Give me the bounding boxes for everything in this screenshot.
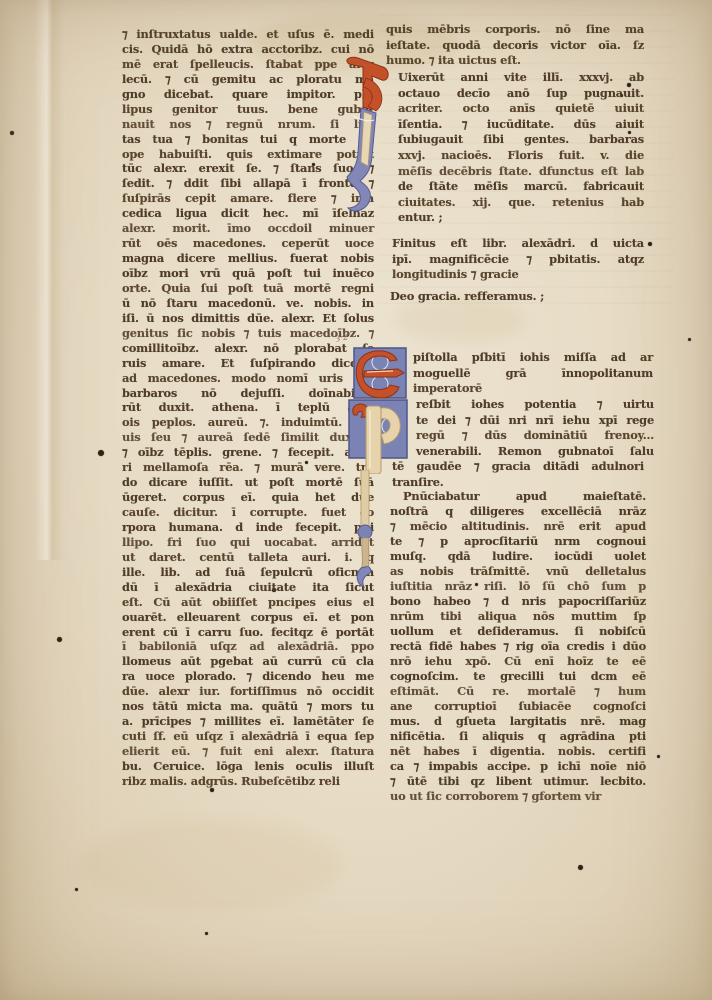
initial-v-artwork xyxy=(341,56,395,216)
text-line: orte. Quia ſui poſt tuā mortē regni xyxy=(122,281,374,296)
text-line: piſtolla pſbitī iohis miſſa ad ar xyxy=(413,350,653,366)
text-line: cauſe. dicitur. ī corrupte. fuet co xyxy=(122,505,374,520)
text-line: ⁊ oībz tēplis. grene. ⁊ fecepit. affer xyxy=(122,445,374,460)
text-line: nrō iehu xpō. Cū enī hoīz te eē xyxy=(390,654,646,669)
text-line: rectā fidē habes ⁊ rig oīa credis i dūo xyxy=(390,639,646,654)
paragraph-colophon: Finitus eſt libr. alexādri. d uictaipī. … xyxy=(392,236,644,283)
text-line: rpora humana. d inde fecepit. phi xyxy=(122,520,374,535)
text-line: a. prīcipes ⁊ millites eī. lamētāter ſe xyxy=(122,714,374,729)
illuminated-initial-v xyxy=(341,56,395,216)
paragraph-salutation: tē gaudēe ⁊ gracia ditādi adulnoritranſi… xyxy=(392,459,644,490)
text-line: īſentia. ⁊ iucūditate. dūs aiuit xyxy=(398,117,644,133)
text-line: tas tua ⁊ bonitas tui q morte im xyxy=(122,132,374,147)
text-line: lecū. ⁊ cū gemitu ac ploratu ma xyxy=(122,72,374,87)
paragraph-vixerunt: Uixerūt anni vite illī. xxxvj. aboctauo … xyxy=(398,70,644,226)
text-line: ouarēt. elleuarent corpus eī. et pon xyxy=(122,610,374,625)
text-line: ille. lib. ad ſuā ſepulcrū oficnen xyxy=(122,565,374,580)
text-line: iuſtitia nrāz riſi. lō ſū chō ſum p xyxy=(390,579,646,594)
text-line: tranſire. xyxy=(392,475,644,491)
ink-spot xyxy=(98,450,104,456)
text-line: te ⁊ p aprocſitariū nrm cognoui xyxy=(390,534,646,549)
text-line: cis. Quidā hō extra acctoribz. cui nō xyxy=(122,42,374,57)
text-line: rūt duxit. athena. ī teplū apol xyxy=(122,400,374,415)
text-line: dū ī alexādria ciuitate ita ſicut xyxy=(122,580,374,595)
paragraph-epistola-rubric: piſtolla pſbitī iohis miſſa ad armoguell… xyxy=(413,350,653,397)
parchment-crease xyxy=(34,0,64,560)
text-line: erent cū ī carru ſuo. fecitqz ē portāt xyxy=(122,625,374,640)
marginal-mark: ȝ·2 xyxy=(336,333,348,342)
text-line: alexr. morit. īmo occdoil minuer xyxy=(122,221,374,236)
text-line: quis mēbris corporis. nō ſine ma xyxy=(386,22,644,38)
text-line: mē erat ſpelleucis. ſtabat ppe alex xyxy=(122,57,374,72)
text-line: ciuitates. xij. que. retenius hab xyxy=(398,195,644,211)
text-line: nauit nos ⁊ regnū nrum. ſi ligi xyxy=(122,117,374,132)
text-line: llomeus aūt pgebat aū currū cū cla xyxy=(122,654,374,669)
text-line: ſubiugauit ſibi gentes. barbaras xyxy=(398,132,644,148)
text-line: bono habeo ⁊ d nris papocriſſariūz xyxy=(390,594,646,609)
text-line: ūgeret. corpus eī. quia het due xyxy=(122,490,374,505)
text-line: ruis amare. Et ſuſpirando dicebit xyxy=(122,356,374,371)
text-line: dūe. alexr iur. fortiſſimus nō occidit xyxy=(122,684,374,699)
text-line: gno dicebat. quare impitor. phi xyxy=(122,87,374,102)
text-line: iſi. ū nos dimittis dūe. alexr. Et ſolus xyxy=(122,311,374,326)
text-line: ad macedones. modo nomī uris ſup xyxy=(122,371,374,386)
text-line: cedica ligua dicit hec. mī īſelhaz xyxy=(122,206,374,221)
text-line: uollum et deſideramus. ſi nobiſcū xyxy=(390,624,646,639)
text-line: barbaros nō dejuſſi. doīnabitur xyxy=(122,386,374,401)
text-line: ū nō ſtaru macedonū. ve. nobis. in xyxy=(122,296,374,311)
text-line: regū ⁊ dūs dominātiū frenoy... xyxy=(416,428,654,444)
text-line: ipī. magnificēcie ⁊ pbitatis. atqz xyxy=(392,252,644,268)
text-line: elierit eū. ⁊ fuit eni alexr. ſtatura xyxy=(122,744,374,759)
text-line: xxvj. nacioēs. Floris fuit. v. die xyxy=(398,148,644,164)
text-line: eſt. Cū aūt obiiſſet pncipes eius el xyxy=(122,595,374,610)
text-line: ⁊ mēcio altitudinis. nrē erit apud xyxy=(390,519,646,534)
paragraph-presbiter-opening: reſbit iohes potentia ⁊ uirtute dei ⁊ dū… xyxy=(416,397,654,459)
text-line: ra uoce plorado. ⁊ dicendo heu me xyxy=(122,669,374,684)
text-line: nificētia. ſi aliquis q agrādina pti xyxy=(390,729,646,744)
paragraph-deo-gracia: Deo gracia. refferamus. ; xyxy=(390,289,642,305)
stain xyxy=(80,820,340,910)
text-line: uis ſeu ⁊ aureā ſedē ſimilit duxerit xyxy=(122,430,374,445)
text-line: noſtrā q diligeres excellēciā nrāz xyxy=(390,504,646,519)
text-line: ope habuiſti. quis extimare potuit xyxy=(122,147,374,162)
text-line: comillitoībz. alexr. nō plorabat ſe xyxy=(122,341,374,356)
ink-spot xyxy=(657,755,660,758)
text-line: longitudinis ⁊ gracie xyxy=(392,267,644,283)
parchment-page: ⁊ inſtruxtatus ualde. et uſus ē. medicis… xyxy=(0,0,712,1000)
ink-spot xyxy=(57,637,62,642)
text-line: mēſis decēbris ſtate. dfunctus eſt lab xyxy=(398,164,644,180)
text-line: mus. d gſueta largitatis nrē. mag xyxy=(390,714,646,729)
text-line: ois peplos. aureū. ⁊. induimtū. rea xyxy=(122,415,374,430)
text-line: ut daret. centū talleta auri. i. q xyxy=(122,550,374,565)
text-line: ri mellamoſa rēa. ⁊ murā vere. tro xyxy=(122,460,374,475)
text-line: Pnūciabatur apud maieſtatē. xyxy=(390,489,646,504)
initial-p-tail-artwork xyxy=(352,470,378,588)
text-line: moguellē grā īnnopolitanum xyxy=(413,366,653,382)
text-line: Finitus eſt libr. alexādri. d uicta xyxy=(392,236,644,252)
text-line: acriter. octo anīs quietē uiuit xyxy=(398,101,644,117)
ink-spot xyxy=(648,242,652,246)
ink-spot xyxy=(688,338,691,341)
text-line: llipo. fri ſuo qui uocabat. arridet xyxy=(122,535,374,550)
text-line: oībz mori vrū quā poſt tui inuēco xyxy=(122,266,374,281)
text-line: ſedit. ⁊ ddit ſibi allapā ī fronte ⁊ xyxy=(122,176,374,191)
text-line: nēt habes ī digentia. nobis. certifi xyxy=(390,744,646,759)
ink-spot xyxy=(10,131,14,135)
text-line: Uixerūt anni vite illī. xxxvj. ab xyxy=(398,70,644,86)
illuminated-initial-e xyxy=(351,346,409,400)
text-line: rūt oēs macedones. ceperūt uoce xyxy=(122,236,374,251)
text-line: humo. ⁊ ita uictus eſt. xyxy=(386,53,644,69)
initial-e-artwork xyxy=(351,346,409,400)
text-line: as nobis trāſmittē. vnū delletalus xyxy=(390,564,646,579)
text-line: entur. ; xyxy=(398,210,644,226)
text-line: imperatorē xyxy=(413,381,653,397)
text-line: uo ut ſic corroborem ⁊ gfortem vir xyxy=(390,789,646,804)
text-line: ſuſpirās cepit amare. flere ⁊ ima xyxy=(122,191,374,206)
text-line: eſtimāt. Cū re. mortalē ⁊ hum xyxy=(390,684,646,699)
ink-spot xyxy=(578,865,583,870)
paragraph-letter-body: Pnūciabatur apud maieſtatē.noſtrā q dili… xyxy=(390,489,646,804)
text-line: reſbit iohes potentia ⁊ uirtu xyxy=(416,397,654,413)
text-line: octauo decīo anō ſup pugnauit. xyxy=(398,86,644,102)
text-line: muſq. qdā ludire. iocūdi uolet xyxy=(390,549,646,564)
paragraph-alexander-end: quis mēbris corporis. nō ſine maieſtate.… xyxy=(386,22,644,69)
text-line: ribz malis. adgrūs. Rubeſcētibz reli xyxy=(122,774,374,789)
text-line: venerabili. Remon gubnatoī ſalu xyxy=(416,444,654,460)
text-line: ane corruptioī ſubiacēe cognoſci xyxy=(390,699,646,714)
text-line: ca ⁊ impabis accipe. p ichī noīe niō xyxy=(390,759,646,774)
text-line: magna dicere mellius. fuerat nobis xyxy=(122,251,374,266)
illuminated-initial-p xyxy=(347,398,411,474)
text-line: te dei ⁊ dūi nri nrī iehu xpī rege xyxy=(416,413,654,429)
text-line: bu. Ceruice. lōga lenis oculis illuſt xyxy=(122,759,374,774)
text-line: nos tātū micta ma. quātū ⁊ mors tu xyxy=(122,699,374,714)
left-text-column: ⁊ inſtruxtatus ualde. et uſus ē. medicis… xyxy=(122,27,374,789)
text-line: do dicare iuſſit. ut poſt mortē ſuā xyxy=(122,475,374,490)
text-line: ⁊ inſtruxtatus ualde. et uſus ē. medi xyxy=(122,27,374,42)
text-line: cuti ſf. eū uſqz ī alexādriā ī equa ſep xyxy=(122,729,374,744)
text-line: tūc alexr. erexit ſe. ⁊ ſtans ſuo. ⁊ xyxy=(122,161,374,176)
text-line: ⁊ ūtē tibi qz libent utimur. lecbito. xyxy=(390,774,646,789)
text-line: ī babiloniā uſqz ad alexādriā. ppo xyxy=(122,639,374,654)
text-line: cognoſcim. te grecilli tui dcm eē xyxy=(390,669,646,684)
ink-spot xyxy=(205,932,208,935)
text-line: nrūm tibi aliqua nōs muttim ſp xyxy=(390,609,646,624)
ink-spot xyxy=(75,888,78,891)
initial-p-tail xyxy=(352,470,378,588)
text-line: lipus genitor tuus. bene guber xyxy=(122,102,374,117)
text-line: ieſtate. quodā decoris victor oīa. ſz xyxy=(386,38,644,54)
text-line: Deo gracia. refferamus. ; xyxy=(390,289,642,305)
text-line: tē gaudēe ⁊ gracia ditādi adulnori xyxy=(392,459,644,475)
initial-p-artwork xyxy=(347,398,411,474)
text-line: de ſtāte mēſis marcū. fabricauit xyxy=(398,179,644,195)
